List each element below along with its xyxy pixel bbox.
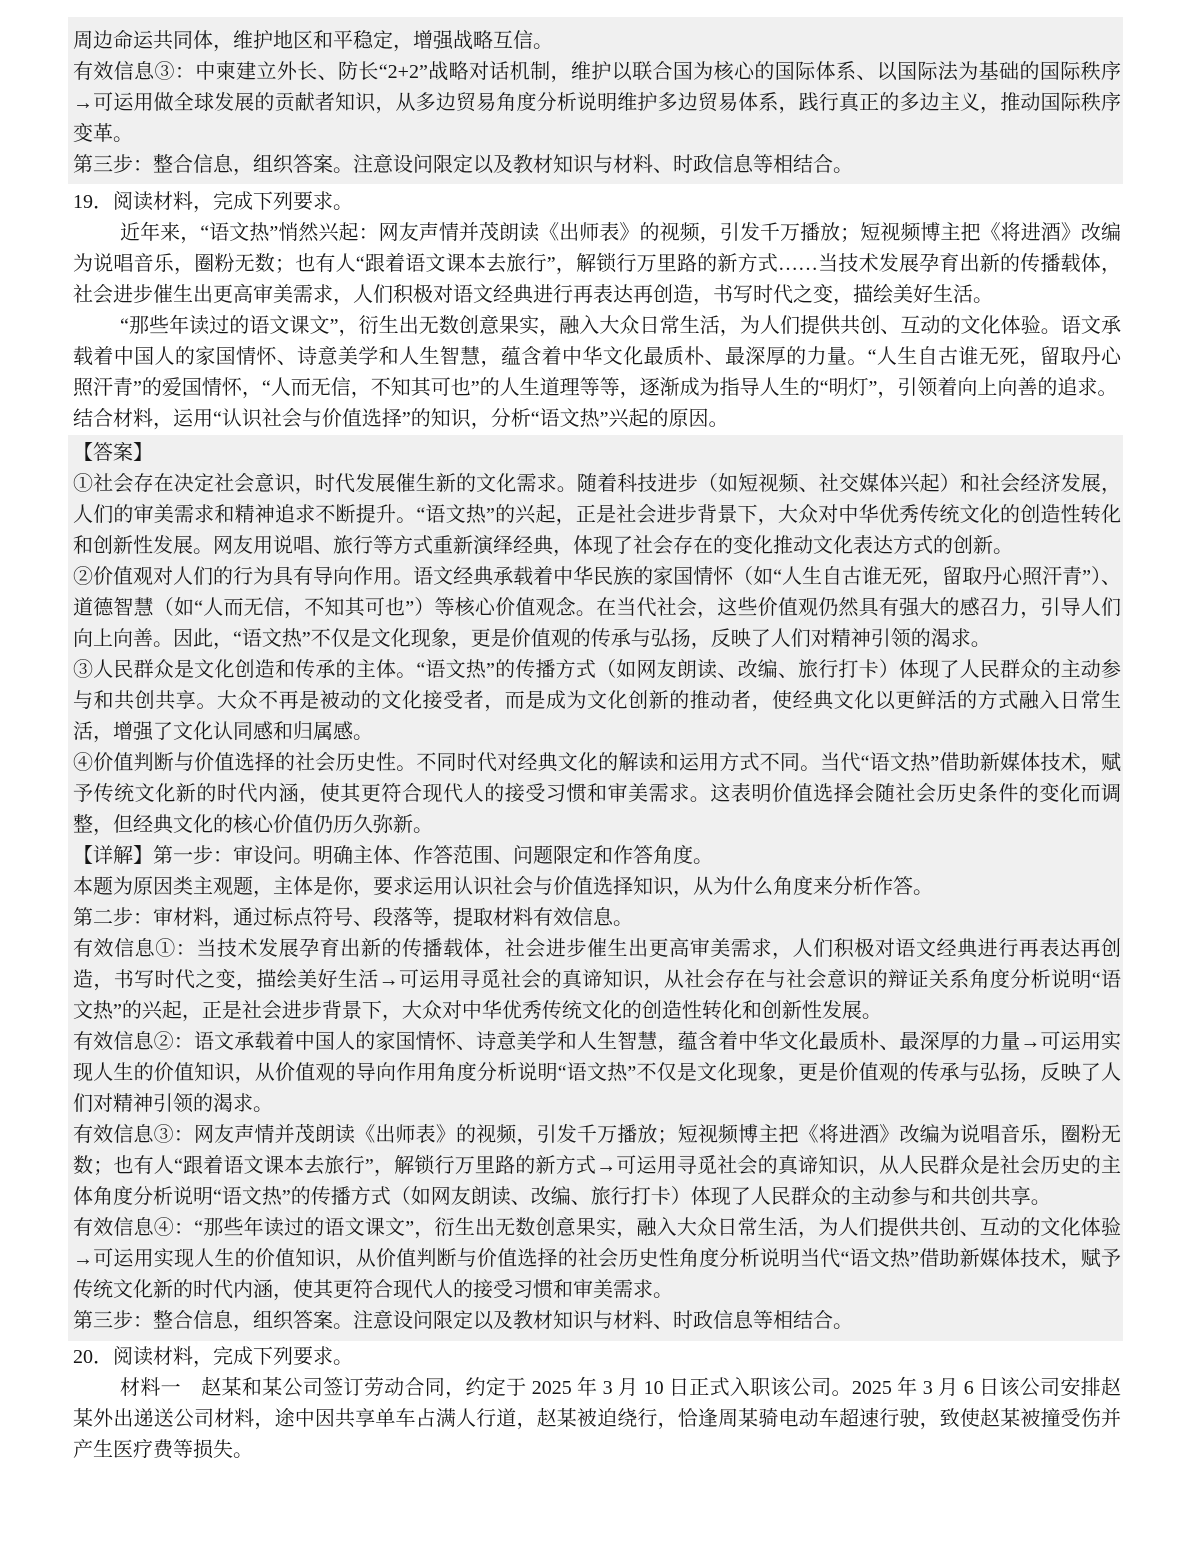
effective-info-1: 有效信息①：当技术发展孕育出新的传播载体，社会进步催生出更高审美需求，人们积极对…: [73, 934, 1121, 1027]
question-19-section: 19．阅读材料，完成下列要求。 近年来，“语文热”悄然兴起：网友声情并茂朗读《出…: [68, 184, 1123, 435]
analysis-step-3: 第三步：整合信息，组织答案。注意设问限定以及教材知识与材料、时政信息等相结合。: [73, 1306, 1121, 1337]
effective-info-2: 有效信息②：语文承载着中国人的家国情怀、诗意美学和人生智慧，蕴含着中华文化最质朴…: [73, 1027, 1121, 1120]
answer-point-4: ④价值判断与价值选择的社会历史性。不同时代对经典文化的解读和运用方式不同。当代“…: [73, 748, 1121, 841]
effective-info-3: 有效信息③：网友声情并茂朗读《出师表》的视频，引发千万播放；短视频博主把《将进酒…: [73, 1120, 1121, 1213]
exam-answer-document: 周边命运共同体，维护地区和平稳定，增强战略互信。 有效信息③：中柬建立外长、防长…: [68, 17, 1123, 1466]
answer-point-2: ②价值观对人们的行为具有导向作用。语文经典承载着中华民族的家国情怀（如“人生自古…: [73, 562, 1121, 655]
question-19-heading: 19．阅读材料，完成下列要求。: [73, 187, 1121, 218]
analysis-step-1: 【详解】第一步：审设问。明确主体、作答范围、问题限定和作答角度。: [73, 841, 1121, 872]
analysis-step-2: 第二步：审材料，通过标点符号、段落等，提取材料有效信息。: [73, 903, 1121, 934]
analysis-subject-note: 本题为原因类主观题，主体是你，要求运用认识社会与价值选择知识，从为什么角度来分析…: [73, 872, 1121, 903]
step-3-note-previous: 第三步：整合信息，组织答案。注意设问限定以及教材知识与材料、时政信息等相结合。: [73, 150, 1121, 181]
carryover-answer-line: 周边命运共同体，维护地区和平稳定，增强战略互信。: [73, 26, 1121, 57]
highlighted-answer-block-previous-question: 周边命运共同体，维护地区和平稳定，增强战略互信。 有效信息③：中柬建立外长、防长…: [68, 17, 1123, 184]
question-20-material-1-paragraph: 材料一 赵某和某公司签订劳动合同，约定于 2025 年 3 月 10 日正式入职…: [73, 1373, 1121, 1466]
effective-info-4: 有效信息④：“那些年读过的语文课文”，衍生出无数创意果实，融入大众日常生活，为人…: [73, 1213, 1121, 1306]
answer-point-1: ①社会存在决定社会意识，时代发展催生新的文化需求。随着科技进步（如短视频、社交媒…: [73, 469, 1121, 562]
question-19-material-paragraph-1: 近年来，“语文热”悄然兴起：网友声情并茂朗读《出师表》的视频，引发千万播放；短视…: [73, 218, 1121, 311]
effective-info-3-previous: 有效信息③：中柬建立外长、防长“2+2”战略对话机制，维护以联合国为核心的国际体…: [73, 57, 1121, 150]
answer-point-3: ③人民群众是文化创造和传承的主体。“语文热”的传播方式（如网友朗读、改编、旅行打…: [73, 655, 1121, 748]
question-19-material-paragraph-2: “那些年读过的语文课文”，衍生出无数创意果实，融入大众日常生活，为人们提供共创、…: [73, 311, 1121, 404]
highlighted-answer-block-question-19: 【答案】 ①社会存在决定社会意识，时代发展催生新的文化需求。随着科技进步（如短视…: [68, 435, 1123, 1341]
answer-label: 【答案】: [73, 438, 1121, 469]
question-19-task: 结合材料，运用“认识社会与价值选择”的知识，分析“语文热”兴起的原因。: [73, 404, 1121, 435]
question-20-section: 20．阅读材料，完成下列要求。 材料一 赵某和某公司签订劳动合同，约定于 202…: [68, 1341, 1123, 1466]
question-20-heading: 20．阅读材料，完成下列要求。: [73, 1342, 1121, 1373]
